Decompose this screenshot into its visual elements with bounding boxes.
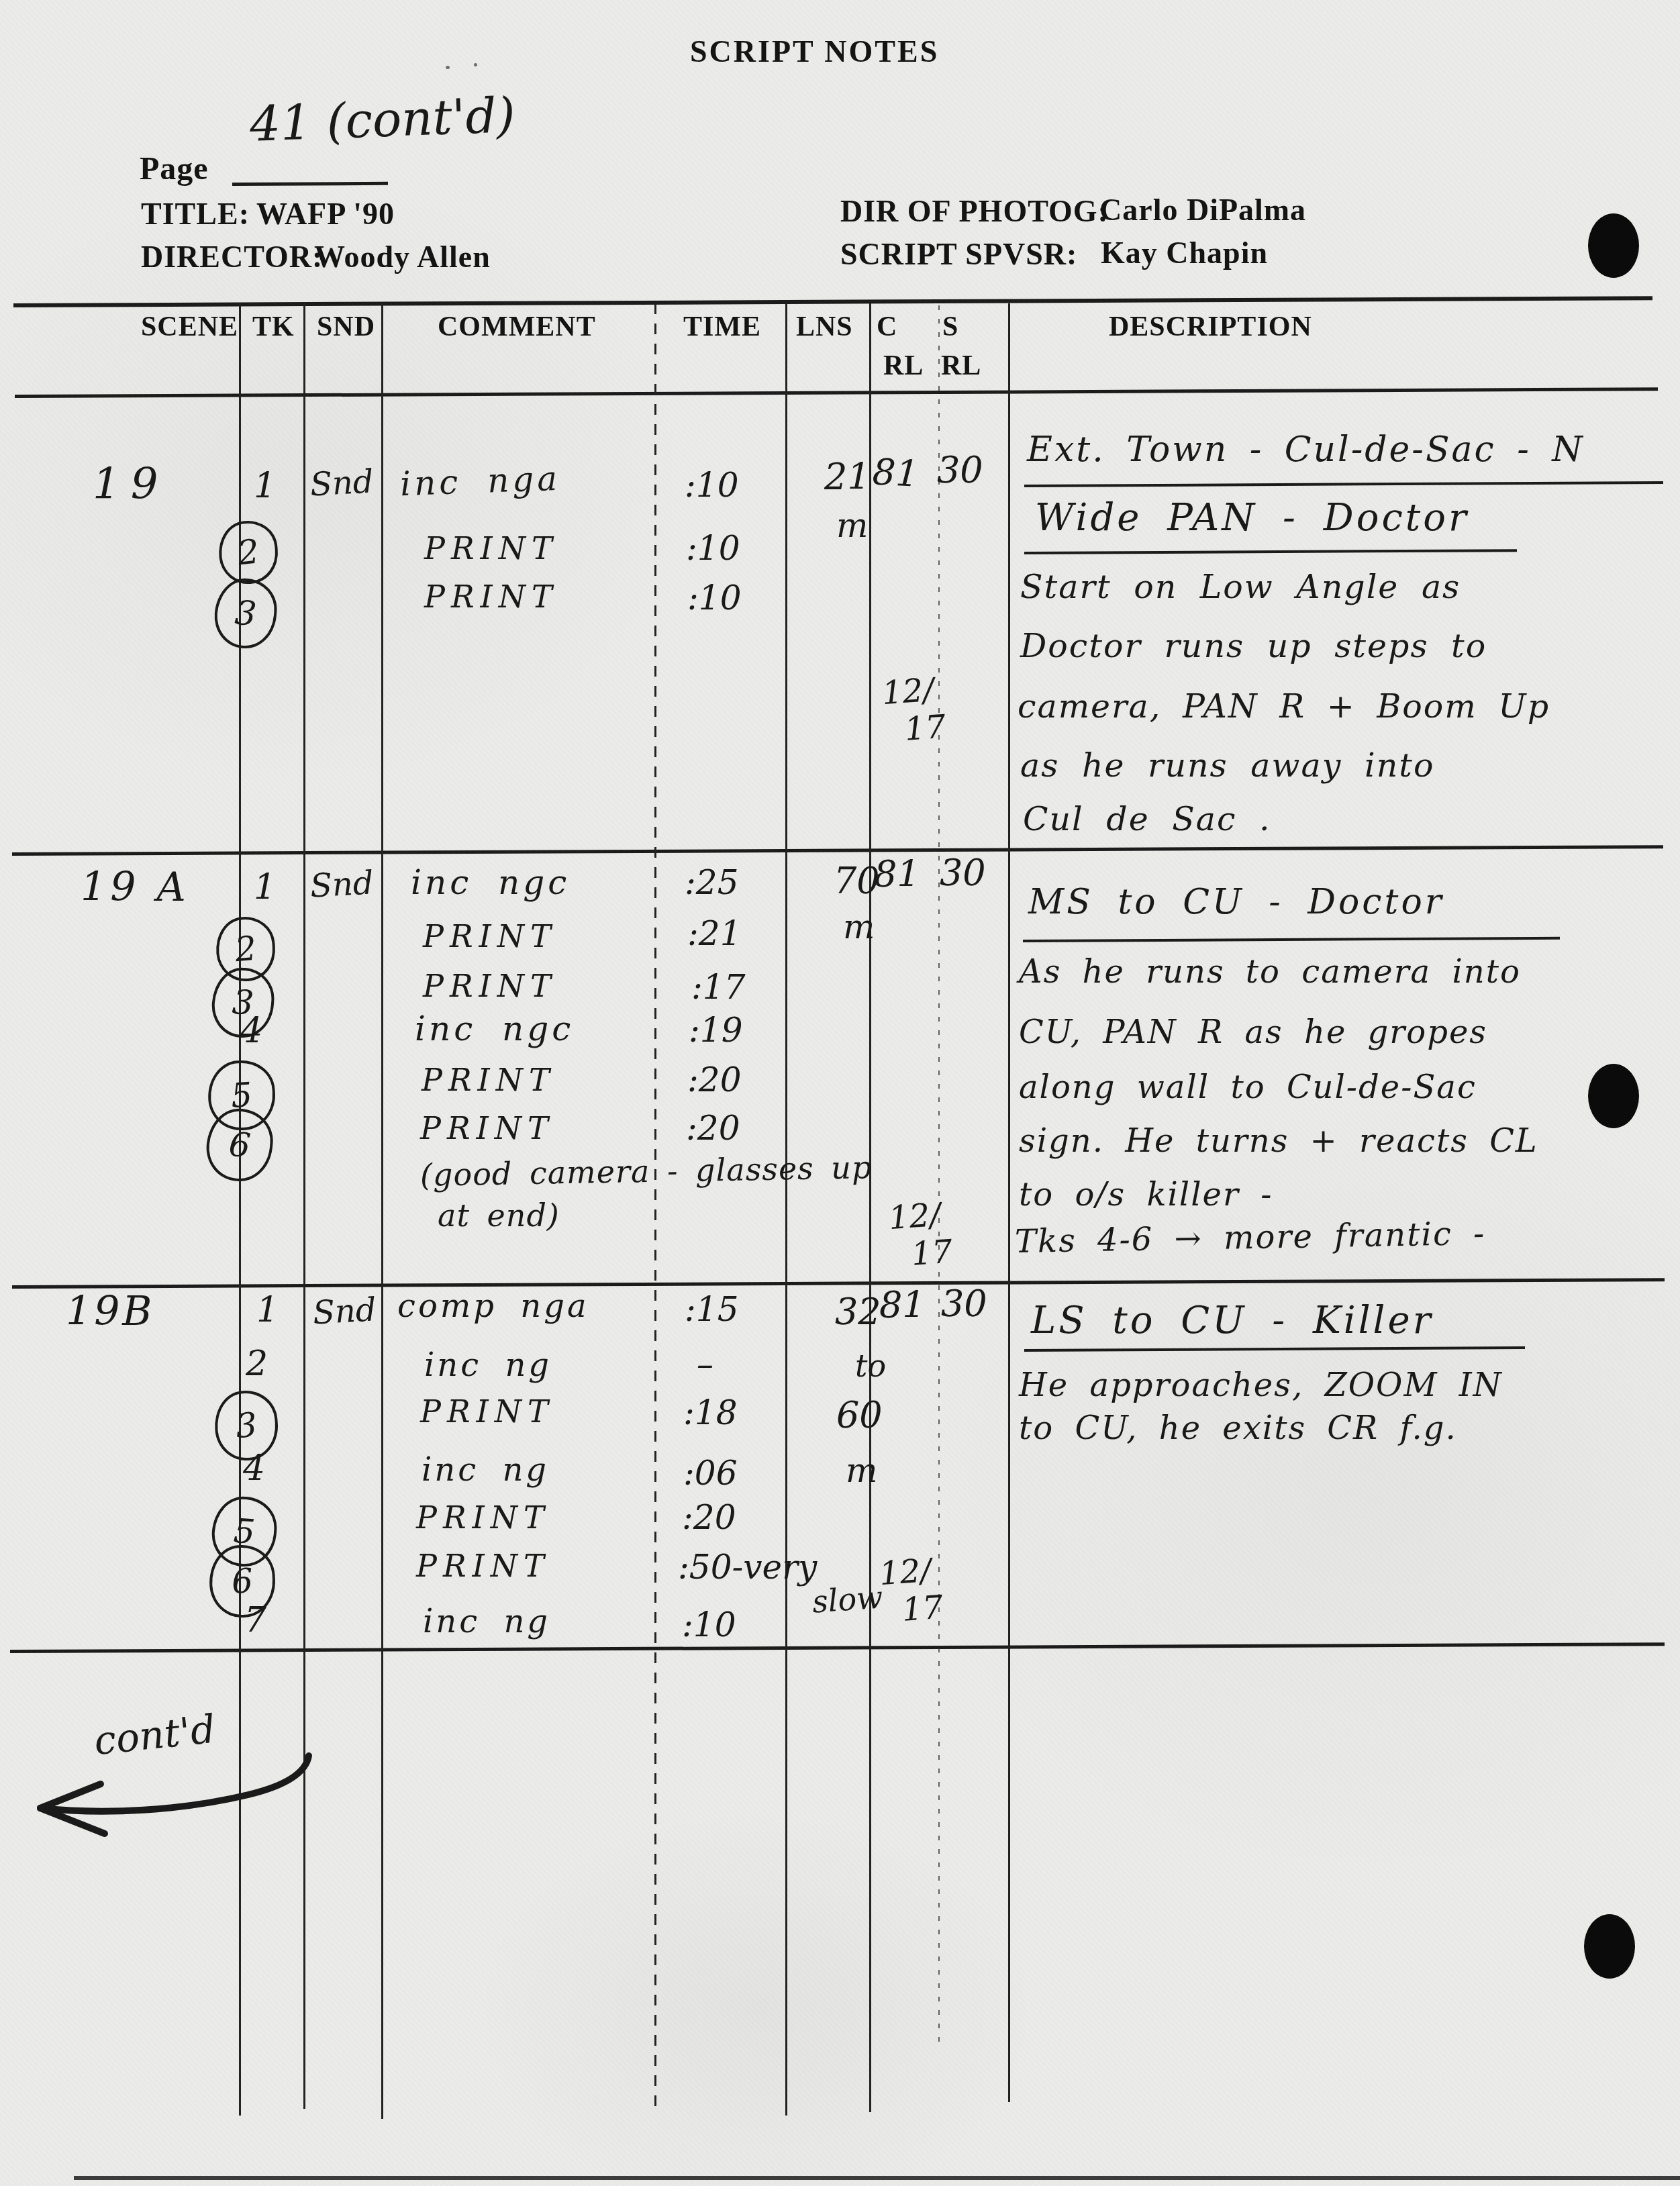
- column-header-time: TIME: [683, 313, 761, 341]
- column-header-snd: SND: [317, 313, 375, 341]
- take-number: 4: [240, 1013, 262, 1048]
- column-header-description: DESCRIPTION: [1109, 313, 1312, 341]
- hole-punch: [1584, 1914, 1635, 1979]
- director-label: DIRECTOR:: [141, 242, 323, 272]
- column-header-c-rl: RL: [883, 352, 924, 380]
- description-line: to CU, he exits CR f.g.: [1019, 1412, 1457, 1444]
- comment-note-line: (good camera - glasses up: [420, 1152, 873, 1191]
- column-rule-srl-description: [1008, 303, 1010, 2102]
- description-line: sign. He turns + reacts CL: [1019, 1125, 1538, 1157]
- sound-cell: Snd: [309, 466, 375, 501]
- description-line: Cul de Sac .: [1023, 803, 1271, 836]
- column-rule-comment-time: [654, 303, 656, 2107]
- time-cell: :19: [689, 1013, 742, 1047]
- column-rule-snd-comment: [381, 303, 383, 2119]
- description-line: As he runs to camera into: [1019, 956, 1521, 988]
- description-shot-heading: LS to CU - Killer: [1031, 1302, 1433, 1340]
- lines-cell: 32: [835, 1294, 881, 1330]
- scan-speck: [446, 66, 450, 69]
- dir-of-photog-value: Carlo DiPalma: [1099, 195, 1306, 226]
- time-cell-note: slow: [811, 1581, 884, 1617]
- description-line: Tks 4-6 → more frantic -: [1015, 1218, 1486, 1258]
- time-cell: :50-very: [678, 1550, 817, 1584]
- time-cell: :10: [685, 468, 738, 502]
- description-underline: [1024, 1346, 1525, 1352]
- comment-cell: PRINT: [416, 1502, 550, 1533]
- description-line: CU, PAN R as he gropes: [1019, 1016, 1487, 1048]
- comment-cell: PRINT: [416, 1550, 550, 1581]
- time-cell: :10: [686, 532, 740, 565]
- time-cell: :10: [687, 581, 741, 615]
- sound-cell: Snd: [309, 867, 375, 903]
- dir-of-photog-label: DIR OF PHOTOG:: [840, 196, 1109, 227]
- column-header-tk: TK: [252, 313, 295, 341]
- description-line: along wall to Cul-de-Sac: [1019, 1071, 1477, 1103]
- hole-punch: [1588, 1064, 1639, 1128]
- description-slug: Ext. Town - Cul-de-Sac - N: [1027, 432, 1585, 467]
- scene-number: 19 A: [81, 867, 190, 907]
- comment-cell: PRINT: [422, 1064, 556, 1095]
- film-title-label: TITLE:: [141, 199, 250, 230]
- lines-cell: 60: [836, 1397, 883, 1434]
- comment-cell: inc ng: [422, 1454, 549, 1486]
- lines-cell: m: [843, 910, 875, 944]
- description-line: Doctor runs up steps to: [1020, 630, 1487, 662]
- camera-roll-cell: 81: [872, 454, 920, 493]
- scene-number: 19B: [66, 1291, 154, 1332]
- sound-roll-cell: 30: [937, 452, 983, 489]
- camera-roll-cell: 81: [874, 856, 920, 893]
- time-cell: :15: [685, 1293, 738, 1326]
- date-cell: 12/ 17: [878, 1554, 944, 1628]
- lines-cell: m: [846, 1454, 877, 1487]
- hole-punch: [1588, 213, 1639, 278]
- page-number-underline: [232, 182, 388, 186]
- scan-speck: [474, 63, 477, 66]
- comment-cell: inc ngc: [415, 1012, 574, 1046]
- table-top-rule: [13, 296, 1652, 307]
- comment-cell: inc ng: [424, 1349, 552, 1381]
- sound-roll-cell: 30: [941, 1286, 987, 1322]
- scene-divider-rule: [10, 1642, 1665, 1653]
- column-header-lns: LNS: [796, 313, 853, 341]
- column-header-comment: COMMENT: [438, 313, 596, 341]
- take-number: 1: [254, 870, 276, 905]
- time-cell: :25: [685, 866, 738, 899]
- comment-cell: PRINT: [424, 533, 558, 564]
- comment-cell: PRINT: [423, 971, 557, 1001]
- date-cell: 12/ 17: [887, 1198, 953, 1272]
- take-number: 2: [246, 1346, 268, 1381]
- time-cell: :20: [682, 1501, 736, 1534]
- description-line: to o/s killer -: [1019, 1179, 1273, 1211]
- lines-cell: 70: [834, 863, 880, 899]
- lines-cell: to: [855, 1350, 886, 1381]
- time-cell: :17: [691, 971, 745, 1004]
- take-number: 1: [256, 1293, 279, 1328]
- description-line: as he runs away into: [1020, 749, 1434, 782]
- date-cell: 12/ 17: [881, 673, 946, 747]
- page-number-value: 41 (cont'd): [249, 91, 516, 148]
- time-cell: –: [697, 1348, 713, 1381]
- description-underline: [1024, 549, 1517, 554]
- comment-cell: comp nga: [397, 1290, 589, 1322]
- time-cell: :21: [687, 917, 741, 950]
- description-shot-heading: Wide PAN - Doctor: [1035, 499, 1469, 537]
- description-line: He approaches, ZOOM IN: [1019, 1369, 1503, 1401]
- scan-edge: [74, 2176, 1680, 2180]
- film-title-value: WAFP '90: [256, 199, 395, 230]
- time-cell: :20: [686, 1111, 740, 1145]
- description-shot-heading: MS to CU - Doctor: [1028, 885, 1444, 920]
- script-supervisor-value: Kay Chapin: [1101, 238, 1268, 268]
- camera-roll-cell: 81: [879, 1287, 926, 1324]
- sound-roll-cell: 30: [940, 855, 986, 891]
- column-rule-lns-crl: [869, 303, 871, 2112]
- lines-cell: 21: [824, 459, 871, 495]
- description-line: Start on Low Angle as: [1020, 570, 1461, 603]
- comment-cell: inc nga: [399, 462, 561, 501]
- continued-arrow: [5, 1744, 341, 1851]
- time-cell: :20: [687, 1063, 741, 1097]
- comment-cell: PRINT: [423, 921, 557, 952]
- take-number-circled: 2: [215, 518, 281, 587]
- script-supervisor-label: SCRIPT SPVSR:: [840, 239, 1077, 270]
- page-title: SCRIPT NOTES: [690, 36, 939, 67]
- time-cell: :18: [683, 1396, 737, 1430]
- column-header-s: S: [942, 313, 958, 341]
- comment-cell: PRINT: [420, 1113, 554, 1144]
- time-cell: :10: [682, 1608, 736, 1642]
- lines-cell: m: [836, 509, 868, 542]
- take-number: 4: [243, 1451, 265, 1486]
- time-cell: :06: [683, 1456, 737, 1490]
- scene-number: 19: [93, 463, 168, 506]
- header-bottom-rule: [15, 387, 1658, 398]
- description-line: camera, PAN R + Boom Up: [1018, 690, 1550, 723]
- description-underline: [1023, 937, 1560, 942]
- comment-note-line: at end): [438, 1200, 560, 1231]
- column-header-scene: SCENE: [141, 313, 238, 341]
- column-rule-crl-srl: [938, 305, 940, 2047]
- comment-cell: PRINT: [420, 1396, 554, 1427]
- take-number: 7: [244, 1603, 266, 1638]
- take-number-circled: 3: [212, 576, 280, 651]
- director-value: Woody Allen: [314, 242, 491, 272]
- scene-divider-rule: [12, 1278, 1665, 1289]
- scene-divider-rule: [12, 845, 1663, 856]
- take-number: 1: [254, 468, 276, 503]
- description-underline: [1024, 481, 1663, 487]
- column-rule-time-lns: [785, 303, 787, 2116]
- page-number-label: Page: [140, 153, 209, 185]
- comment-cell: inc ng: [423, 1605, 550, 1638]
- comment-cell: inc ngc: [411, 866, 570, 899]
- sound-cell: Snd: [312, 1294, 377, 1330]
- column-header-c: C: [877, 313, 897, 341]
- comment-cell: PRINT: [424, 581, 558, 612]
- column-header-s-rl: RL: [941, 352, 981, 380]
- script-notes-document: SCRIPT NOTES Page 41 (cont'd) TITLE: WAF…: [0, 0, 1680, 2186]
